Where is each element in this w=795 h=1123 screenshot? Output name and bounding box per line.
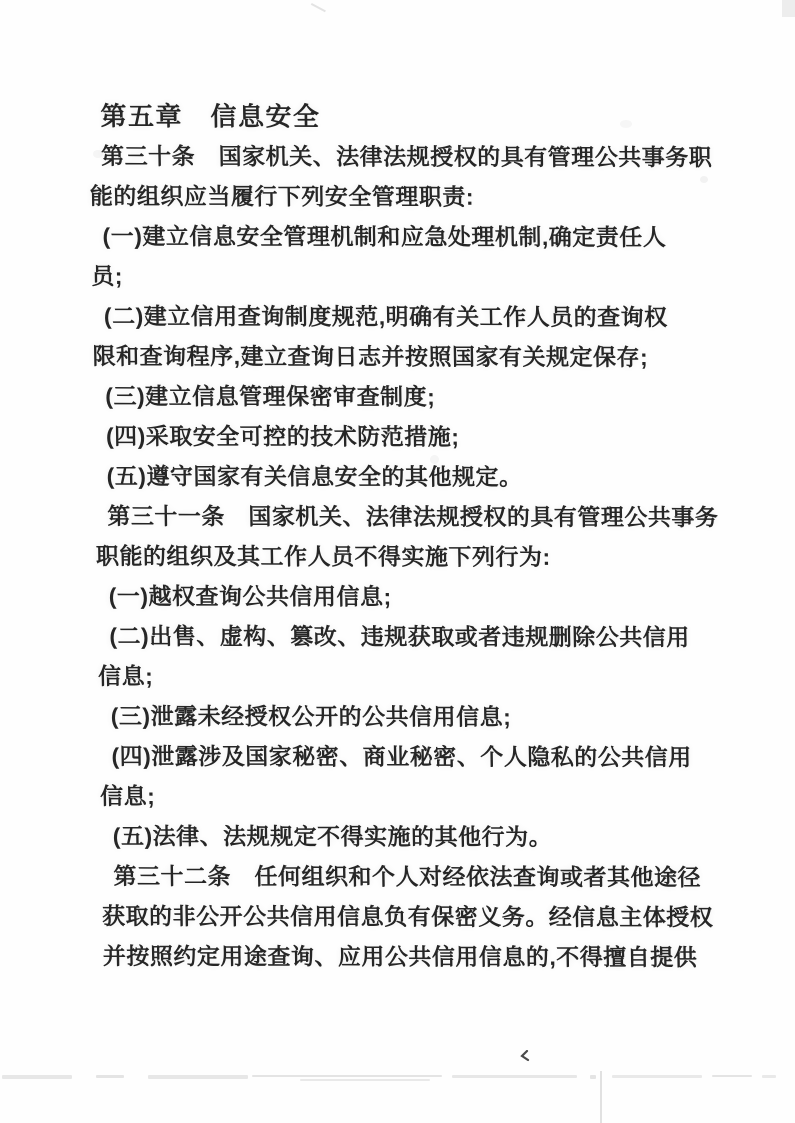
item-2-line: (二)出售、虚构、篡改、违规获取或者违规删除公共信用: [97, 616, 718, 657]
item-5-line: (五)遵守国家有关信息安全的其他规定。: [94, 456, 715, 497]
doc-line: 信息;: [100, 776, 721, 817]
item-1-line: (一)建立信息安全管理机制和应急处理机制,确定责任人: [90, 216, 711, 257]
scan-line-segment: [590, 1075, 596, 1079]
doc-line: 能的组织应当履行下列安全管理职责:: [90, 176, 711, 217]
item-4-line: (四)泄露涉及国家秘密、商业秘密、个人隐私的公共信用: [99, 736, 720, 777]
item-4-line: (四)采取安全可控的技术防范措施;: [94, 416, 715, 457]
document-text-block: 第五章 信息安全 第三十条 国家机关、法律法规授权的具有管理公共事务职 能的组织…: [88, 88, 723, 977]
scan-line-segment: [612, 1075, 702, 1078]
doc-line: 信息;: [98, 656, 719, 697]
item-3-line: (三)泄露未经授权公开的公共信用信息;: [98, 696, 719, 737]
article-32-line: 第三十二条 任何组织和个人对经依法查询或者其他途径: [101, 856, 722, 897]
article-30-line: 第三十条 国家机关、法律法规授权的具有管理公共事务职: [89, 136, 710, 177]
item-3-line: (三)建立信息管理保密审查制度;: [93, 376, 714, 417]
chapter-heading: 第五章 信息安全: [88, 96, 709, 137]
scan-artifact-line: [0, 1074, 795, 1079]
doc-line: 限和查询程序,建立查询日志并按照国家有关规定保存;: [92, 336, 713, 377]
doc-line: 员;: [91, 256, 712, 297]
scan-line-segment: [148, 1075, 248, 1079]
doc-line: 并按照约定用途查询、应用公共信用信息的,不得擅自提供: [103, 936, 724, 977]
document-page: 第五章 信息安全 第三十条 国家机关、法律法规授权的具有管理公共事务职 能的组织…: [0, 0, 795, 1123]
scan-mark-top: [311, 0, 329, 12]
doc-line: 职能的组织及其工作人员不得实施下列行为:: [96, 536, 717, 577]
scan-corner-shadow: [782, 0, 795, 17]
article-31-line: 第三十一条 国家机关、法律法规授权的具有管理公共事务: [95, 496, 716, 537]
scan-line-segment: [452, 1075, 577, 1078]
scan-line-segment: [2, 1075, 72, 1079]
scan-line-segment: [712, 1075, 752, 1077]
scan-line-segment: [300, 1079, 430, 1081]
item-5-line: (五)法律、法规规定不得实施的其他行为。: [100, 816, 721, 857]
scan-line-segment: [96, 1075, 124, 1078]
item-2-line: (二)建立信用查询制度规范,明确有关工作人员的查询权: [92, 296, 713, 337]
ink-speck-mark: [519, 1050, 531, 1064]
scan-vertical-line: [600, 1071, 602, 1123]
scan-line-segment: [252, 1075, 442, 1077]
scan-line-segment: [762, 1075, 776, 1078]
item-1-line: (一)越权查询公共信用信息;: [96, 576, 717, 617]
doc-line: 获取的非公开公共信用信息负有保密义务。经信息主体授权: [102, 896, 723, 937]
